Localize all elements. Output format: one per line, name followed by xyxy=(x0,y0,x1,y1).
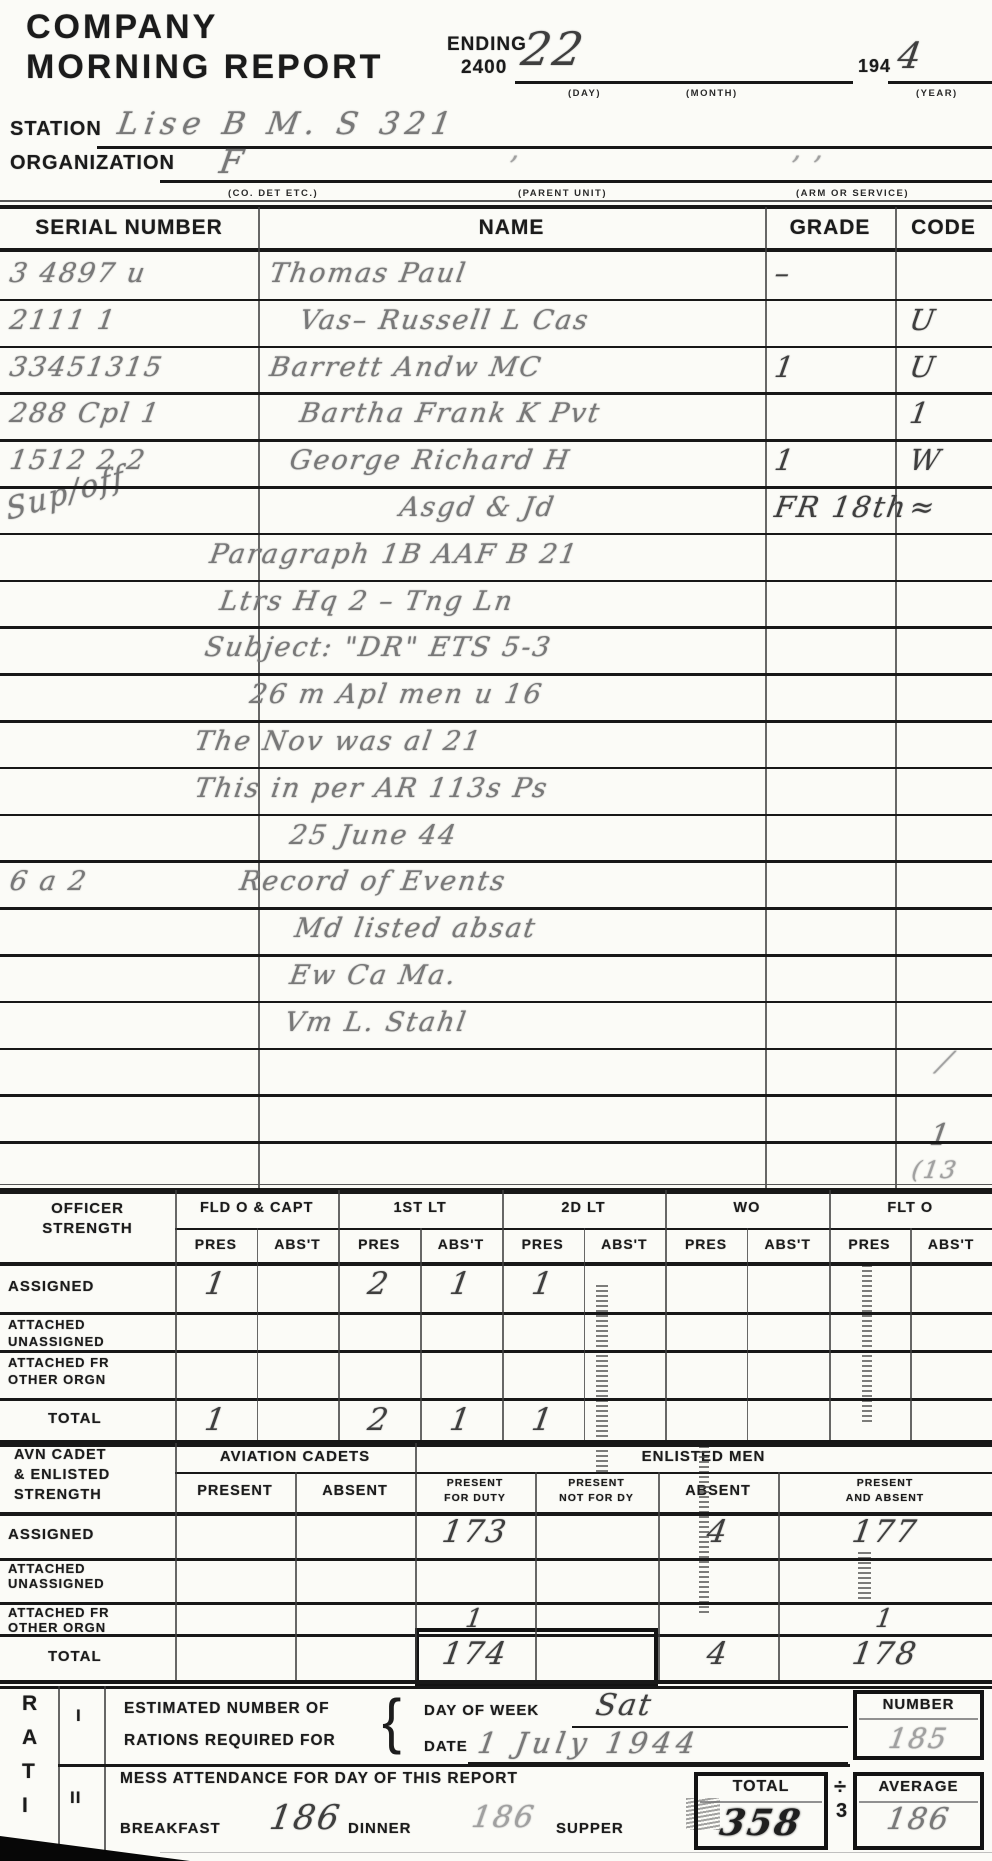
roster-serial-value: 2111 1 xyxy=(8,305,119,336)
roster-row-line xyxy=(0,533,992,536)
roster-top-rule-thin xyxy=(0,200,992,202)
organization-arm-caption: (ARM OR SERVICE) xyxy=(796,188,909,199)
cadet-sub-header: ABSENT xyxy=(658,1483,778,1499)
average-box-label: AVERAGE xyxy=(857,1778,980,1795)
roster-header-name: NAME xyxy=(258,216,765,240)
organization-parent-value: ’ xyxy=(505,150,521,183)
officer-group-divider xyxy=(829,1190,831,1440)
cadet-group-rule xyxy=(175,1472,992,1474)
dinner-label: DINNER xyxy=(348,1820,412,1837)
roster-row-line xyxy=(0,580,992,583)
cadet-sub-header: PRESENT xyxy=(535,1477,658,1489)
roster-grade-value: 1 xyxy=(772,443,798,477)
roster-row-line xyxy=(0,486,992,489)
officer-row-label: OTHER ORGN xyxy=(8,1372,106,1387)
scan-corner-artifact xyxy=(0,1836,190,1861)
divide-sign: ÷ xyxy=(834,1774,847,1800)
officer-sub-divider xyxy=(747,1228,749,1440)
officer-sub-header: PRES xyxy=(665,1236,747,1252)
roster-row-line xyxy=(0,1048,992,1051)
rations-row2-num: II xyxy=(70,1788,81,1808)
cadet-sub-header: AND ABSENT xyxy=(778,1492,992,1504)
rations-side-letter: I xyxy=(22,1794,29,1818)
roster-row-line xyxy=(0,720,992,723)
rations-est-line2: RATIONS REQUIRED FOR xyxy=(124,1732,336,1750)
roster-name-value: Ltrs Hq 2 – Tng Ln xyxy=(218,586,517,617)
officer-row-label: ASSIGNED xyxy=(8,1278,94,1295)
roster-header-code: CODE xyxy=(895,216,992,240)
form-title-line1: COMPANY xyxy=(26,8,218,47)
officer-row-label: ATTACHED xyxy=(8,1317,86,1332)
cadet-sub-header: FOR DUTY xyxy=(415,1492,535,1504)
total-row-emphasis-box xyxy=(415,1628,658,1686)
organization-arm-value: ’ ’ xyxy=(787,150,825,183)
roster-serial-value: 3 4897 u xyxy=(8,258,149,289)
cadet-group-divider xyxy=(415,1443,417,1680)
officer-top-thin xyxy=(0,1184,992,1185)
rations-side-letter: T xyxy=(22,1760,36,1784)
roster-row-line xyxy=(0,673,992,676)
roster-grade-value: 1 xyxy=(772,350,798,384)
roster-name-value: Vas– Russell L Cas xyxy=(298,305,592,336)
organization-underline xyxy=(160,180,992,183)
station-label: STATION xyxy=(10,118,102,141)
date-label: DATE xyxy=(424,1738,468,1755)
officer-sub-header: ABS'T xyxy=(747,1236,829,1252)
roster-header-grade: GRADE xyxy=(765,216,895,240)
officer-group-header: FLD O & CAPT xyxy=(175,1200,338,1216)
ending-time: 2400 xyxy=(461,57,507,79)
cadet-row-rule xyxy=(0,1634,992,1637)
stray-mark-one: 1 xyxy=(927,1118,954,1153)
breakfast-label: BREAKFAST xyxy=(120,1820,221,1837)
officer-group-divider xyxy=(665,1190,667,1440)
officer-cell-value: 1 xyxy=(500,1266,586,1302)
officer-sub-header: ABS'T xyxy=(257,1236,339,1252)
officer-row-rule xyxy=(0,1312,992,1315)
bottom-faint-rule xyxy=(160,1852,992,1853)
roster-divider-grade-code xyxy=(895,207,897,1188)
officer-row-rule xyxy=(0,1350,992,1353)
total-box-label: TOTAL xyxy=(698,1778,824,1796)
cadet-group-header: AVIATION CADETS xyxy=(175,1448,415,1465)
rations-est-line1: ESTIMATED NUMBER OF xyxy=(124,1700,330,1718)
rations-vline-2 xyxy=(104,1686,106,1854)
station-value: Lise B M. S 321 xyxy=(115,106,460,142)
total-value: 358 xyxy=(695,1802,828,1844)
roster-name-value: Paragraph 1B AAF B 21 xyxy=(208,539,581,570)
roster-row-line xyxy=(0,1094,992,1097)
roster-name-value: Subject: "DR" ETS 5-3 xyxy=(203,632,555,663)
roster-code-value: U xyxy=(907,303,939,337)
roster-row-line xyxy=(0,439,992,442)
day-of-week-label: DAY OF WEEK xyxy=(424,1702,539,1719)
cadet-top-rule xyxy=(0,1443,992,1447)
roster-row-line xyxy=(0,954,992,957)
roster-row-line xyxy=(0,860,992,863)
officer-cell-value: 1 xyxy=(418,1266,504,1302)
breakfast-value: 186 xyxy=(267,1798,344,1838)
roster-name-value: Ew Ca Ma. xyxy=(288,960,460,991)
cadet-table-title: & ENLISTED xyxy=(14,1467,110,1483)
average-value: 186 xyxy=(854,1802,983,1837)
day-caption: (DAY) xyxy=(568,88,601,99)
cadet-row-label: OTHER ORGN xyxy=(8,1620,106,1635)
ending-day-value: 22 xyxy=(518,22,589,76)
roster-serial-value: 6 a 2 xyxy=(8,866,91,897)
roster-name-value: The Nov was al 21 xyxy=(193,726,485,757)
cadet-sub-divider xyxy=(535,1472,537,1680)
officer-sub-divider xyxy=(257,1228,259,1440)
cadet-row-label: ASSIGNED xyxy=(8,1526,94,1543)
cadet-header-rule xyxy=(0,1512,992,1516)
scan-smudge-flto-column xyxy=(862,1265,872,1425)
supper-label: SUPPER xyxy=(556,1820,624,1837)
date-value: 1 July 1944 xyxy=(475,1726,702,1760)
officer-cell-value: 1 xyxy=(418,1402,504,1438)
number-label: NUMBER xyxy=(857,1696,980,1713)
roster-name-value: Bartha Frank K Pvt xyxy=(298,398,604,429)
officer-cell-value: 1 xyxy=(173,1266,259,1302)
roster-name-value: This in per AR 113s Ps xyxy=(193,773,551,804)
ending-year-value: 4 xyxy=(895,36,926,77)
rations-vline-1 xyxy=(58,1686,60,1854)
cadet-cell-value: 177 xyxy=(827,1514,943,1550)
ending-label: ENDING xyxy=(447,34,527,56)
rations-top-rule xyxy=(0,1686,992,1689)
rations-brace: { xyxy=(382,1686,401,1756)
roster-top-rule-heavy xyxy=(0,205,992,209)
cadet-sub-header: NOT FOR DY xyxy=(535,1492,658,1504)
officer-group-header: 2D LT xyxy=(502,1200,665,1216)
cadet-table-title: STRENGTH xyxy=(14,1487,102,1503)
roster-row-line xyxy=(0,346,992,349)
rations-divider-rule xyxy=(58,1764,850,1767)
cadet-cell-value: 173 xyxy=(417,1514,533,1550)
officer-cell-value: 1 xyxy=(500,1402,586,1438)
rations-row1-num: I xyxy=(76,1706,82,1726)
cadet-sub-header: PRESENT xyxy=(415,1477,535,1489)
roster-row-line xyxy=(0,767,992,770)
day-of-week-value: Sat xyxy=(593,1688,655,1723)
cadet-row-label: ATTACHED xyxy=(8,1561,86,1576)
officer-sub-divider xyxy=(420,1228,422,1440)
rations-side-letter: R xyxy=(22,1692,38,1716)
roster-name-value: Thomas Paul xyxy=(268,258,470,289)
officer-sub-divider xyxy=(910,1228,912,1440)
roster-serial-value: 288 Cpl 1 xyxy=(8,398,163,429)
officer-cell-value: 1 xyxy=(173,1402,259,1438)
roster-row-line xyxy=(0,626,992,629)
officer-group-header: FLT O xyxy=(829,1200,992,1216)
roster-name-value: Md listed absat xyxy=(293,913,539,944)
officer-sub-header: PRES xyxy=(829,1236,911,1252)
roster-row-line xyxy=(0,1001,992,1004)
officer-cell-value: 2 xyxy=(336,1266,422,1302)
officer-row-rule xyxy=(0,1398,992,1401)
officer-row-label: ATTACHED FR xyxy=(8,1355,110,1370)
month-caption: (MONTH) xyxy=(686,88,738,99)
roster-serial-value: 33451315 xyxy=(8,352,166,383)
number-value: 185 xyxy=(854,1722,982,1755)
year-caption: (YEAR) xyxy=(916,88,958,99)
officer-sub-header: ABS'T xyxy=(420,1236,502,1252)
cadet-sub-header: PRESENT xyxy=(778,1477,992,1489)
roster-divider-name-grade xyxy=(765,207,767,1188)
cadet-cell-value: 4 xyxy=(660,1514,776,1550)
roster-row-line xyxy=(0,392,992,395)
cadet-row-rule xyxy=(0,1602,992,1605)
cadet-sub-header: ABSENT xyxy=(295,1483,415,1499)
cadet-row-label: TOTAL xyxy=(48,1648,102,1665)
officer-table-title: STRENGTH xyxy=(0,1220,175,1237)
roster-code-value: ≈ xyxy=(907,490,939,524)
day-month-underline xyxy=(515,81,853,84)
year-underline xyxy=(888,81,992,84)
officer-label-divider xyxy=(175,1190,177,1440)
cadet-row-label: ATTACHED FR xyxy=(8,1605,110,1620)
officer-group-divider xyxy=(502,1190,504,1440)
roster-header-serial: SERIAL NUMBER xyxy=(0,216,258,240)
roster-name-value: Vm L. Stahl xyxy=(283,1007,470,1038)
cadet-sub-header: PRESENT xyxy=(175,1483,295,1499)
morning-report-sheet: COMPANY MORNING REPORT ENDING 2400 22 19… xyxy=(0,0,992,1861)
organization-co-caption: (CO. DET ETC.) xyxy=(228,188,318,199)
officer-top-heavy xyxy=(0,1190,992,1194)
officer-sub-header: PRES xyxy=(502,1236,584,1252)
officer-group-header: WO xyxy=(665,1200,828,1216)
cadet-bottom-rule xyxy=(0,1680,992,1684)
cadet-row-label: UNASSIGNED xyxy=(8,1576,105,1591)
officer-sub-divider xyxy=(584,1228,586,1440)
roster-row-line xyxy=(0,814,992,817)
officer-cell-value: 2 xyxy=(336,1402,422,1438)
roster-name-value: Record of Events xyxy=(238,866,509,897)
roster-name-value: 25 June 44 xyxy=(288,820,460,851)
officer-sub-header: PRES xyxy=(338,1236,420,1252)
officer-sub-header: ABS'T xyxy=(910,1236,992,1252)
roster-name-value: George Richard H xyxy=(288,445,573,476)
roster-name-value: Asgd & Jd xyxy=(398,492,558,523)
officer-group-header: 1ST LT xyxy=(338,1200,501,1216)
cadet-cell-value: 178 xyxy=(827,1636,943,1672)
cadet-cell-value: 1 xyxy=(828,1604,943,1634)
number-box-line xyxy=(859,1718,978,1720)
officer-row-label: TOTAL xyxy=(48,1410,102,1427)
dinner-value: 186 xyxy=(469,1800,538,1835)
organization-label: ORGANIZATION xyxy=(10,152,175,175)
stray-mark-scribble: (13 xyxy=(910,1156,960,1184)
cadet-sub-divider xyxy=(658,1472,660,1680)
roster-code-value: W xyxy=(907,443,944,477)
roster-row-line xyxy=(0,907,992,910)
roster-row-line xyxy=(0,1141,992,1144)
cadet-cell-value: 4 xyxy=(660,1636,776,1672)
officer-sub-header: PRES xyxy=(175,1236,257,1252)
officer-row-label: UNASSIGNED xyxy=(8,1334,105,1349)
roster-code-value: 1 xyxy=(907,396,933,430)
roster-grade-value: – xyxy=(772,256,794,290)
officer-group-divider xyxy=(338,1190,340,1440)
roster-name-value: 26 m Apl men u 16 xyxy=(248,679,546,710)
cadet-table-title: AVN CADET xyxy=(14,1447,107,1463)
roster-row-line xyxy=(0,299,992,302)
rations-side-letter: A xyxy=(22,1726,38,1750)
roster-name-value: Barrett Andw MC xyxy=(268,352,545,383)
cadet-sub-divider xyxy=(778,1472,780,1680)
cadet-label-divider xyxy=(175,1443,177,1680)
stray-mark-slash: ⁄ xyxy=(939,1046,952,1081)
mess-attendance-title: MESS ATTENDANCE FOR DAY OF THIS REPORT xyxy=(120,1770,518,1788)
roster-header-rule xyxy=(0,248,992,252)
officer-table-title: OFFICER xyxy=(0,1200,175,1217)
organization-co-value: F xyxy=(217,142,248,181)
year-printed: 194 xyxy=(858,56,891,77)
form-title-line2: MORNING REPORT xyxy=(26,48,383,87)
officer-header-rule xyxy=(0,1262,992,1266)
roster-code-value: U xyxy=(907,350,939,384)
organization-parent-caption: (PARENT UNIT) xyxy=(518,188,607,199)
cadet-row-rule xyxy=(0,1558,992,1561)
roster-grade-value: FR 18th xyxy=(772,490,910,524)
officer-sub-header: ABS'T xyxy=(584,1236,666,1252)
cadet-sub-divider xyxy=(295,1472,297,1680)
divide-number: 3 xyxy=(836,1800,848,1823)
